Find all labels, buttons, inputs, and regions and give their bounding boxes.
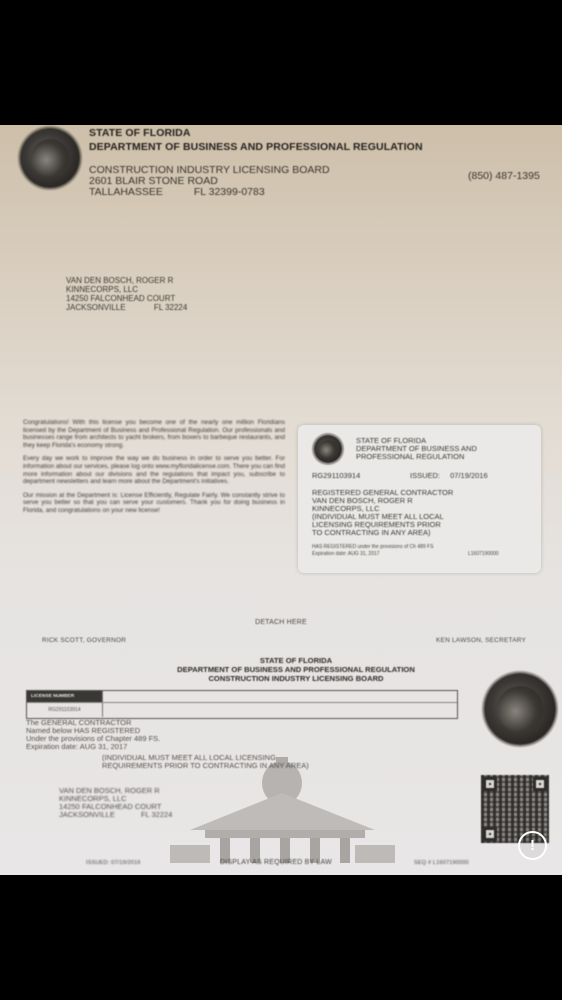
letterhead-state-zip: FL 32399-0783 xyxy=(194,186,265,198)
card-expiration: Expiration date: AUG 31, 2017 xyxy=(312,551,380,557)
exclamation-icon: ! xyxy=(530,837,535,854)
card-license-number: RG291103914 xyxy=(312,472,360,480)
holder-city-line: JACKSONVILLE FL 32224 xyxy=(59,811,172,819)
certificate-holder: VAN DEN BOSCH, ROGER R KINNECORPS, LLC 1… xyxy=(59,787,172,819)
card-footnote: HAS REGISTERED under the provisions of C… xyxy=(312,544,433,550)
license-table-header-fill xyxy=(102,691,457,702)
card-details: REGISTERED GENERAL CONTRACTOR VAN DEN BO… xyxy=(312,489,453,537)
certificate-seq: SEQ # L1607190000 xyxy=(414,860,469,866)
secretary-name: KEN LAWSON, SECRETARY xyxy=(436,637,526,644)
recipient-address: VAN DEN BOSCH, ROGER R KINNECORPS, LLC 1… xyxy=(66,276,187,312)
wallet-license-card: STATE OF FLORIDA DEPARTMENT OF BUSINESS … xyxy=(298,425,541,573)
letterhead: STATE OF FLORIDA DEPARTMENT OF BUSINESS … xyxy=(89,127,423,198)
license-table-blank-cell xyxy=(102,702,457,717)
recipient-city-line: JACKSONVILLE FL 32224 xyxy=(66,303,187,312)
letterhead-state: STATE OF FLORIDA xyxy=(89,127,423,139)
recipient-name: VAN DEN BOSCH, ROGER R xyxy=(66,276,187,285)
letter-body: Congratulations! With this license you b… xyxy=(23,419,285,515)
card-line-6: TO CONTRACTING IN ANY AREA) xyxy=(312,529,453,537)
capitol-building-watermark xyxy=(150,755,410,865)
certificate-line-4: Expiration date: AUG 31, 2017 xyxy=(26,743,160,751)
recipient-street: 14250 FALCONHEAD COURT xyxy=(66,294,187,303)
card-issued: ISSUED: 07/19/2016 xyxy=(410,472,488,480)
certificate-requirements: (INDIVIDUAL MUST MEET ALL LOCAL LICENSIN… xyxy=(102,754,309,770)
letterhead-city: TALLAHASSEE xyxy=(89,186,163,198)
recipient-company: KINNECORPS, LLC xyxy=(66,285,187,294)
certificate-department: DEPARTMENT OF BUSINESS AND PROFESSIONAL … xyxy=(0,665,562,674)
holder-city: JACKSONVILLE xyxy=(59,810,115,819)
certificate-requirements-2: REQUIREMENTS PRIOR TO CONTRACTING IN ANY… xyxy=(102,762,309,770)
card-department-2: PROFESSIONAL REGULATION xyxy=(356,453,477,461)
letterhead-department: DEPARTMENT OF BUSINESS AND PROFESSIONAL … xyxy=(89,141,423,153)
letter-paragraph-3: Our mission at the Department is: Licens… xyxy=(23,492,285,515)
license-number-value: RG291103914 xyxy=(27,702,102,717)
display-notice: DISPLAY AS REQUIRED BY LAW xyxy=(220,859,332,866)
card-code: L1607190000 xyxy=(468,551,499,557)
governor-name: RICK SCOTT, GOVERNOR xyxy=(42,637,126,644)
certificate-board: CONSTRUCTION INDUSTRY LICENSING BOARD xyxy=(0,674,562,683)
detach-here: DETACH HERE xyxy=(0,619,562,626)
recipient-state-zip: FL 32224 xyxy=(154,303,188,312)
letterhead-city-line: TALLAHASSEE FL 32399-0783 xyxy=(89,187,423,198)
certificate-seal-icon xyxy=(484,673,556,745)
letter-paragraph-2: Every day we work to improve the way we … xyxy=(23,455,285,485)
letterhead-phone: (850) 487-1395 xyxy=(468,171,540,182)
florida-seal-icon xyxy=(20,128,80,188)
holder-state-zip: FL 32224 xyxy=(141,810,172,819)
license-number-table: LICENSE NUMBER RG291103914 xyxy=(26,690,458,719)
certificate-body: The GENERAL CONTRACTOR Named below HAS R… xyxy=(26,719,160,751)
letter-paragraph-1: Congratulations! With this license you b… xyxy=(23,419,285,449)
card-seal-icon xyxy=(314,435,342,463)
certificate-issued: ISSUED: 07/19/2016 xyxy=(86,860,141,866)
license-number-header: LICENSE NUMBER xyxy=(27,691,102,702)
card-issued-date: 07/19/2016 xyxy=(450,471,488,480)
certificate-state: STATE OF FLORIDA xyxy=(0,656,562,665)
certificate-heading: STATE OF FLORIDA DEPARTMENT OF BUSINESS … xyxy=(0,656,562,683)
info-button[interactable]: ! xyxy=(518,831,547,860)
card-issued-label: ISSUED: xyxy=(410,471,440,480)
document-photo: STATE OF FLORIDA DEPARTMENT OF BUSINESS … xyxy=(0,125,562,875)
recipient-city: JACKSONVILLE xyxy=(66,303,126,312)
